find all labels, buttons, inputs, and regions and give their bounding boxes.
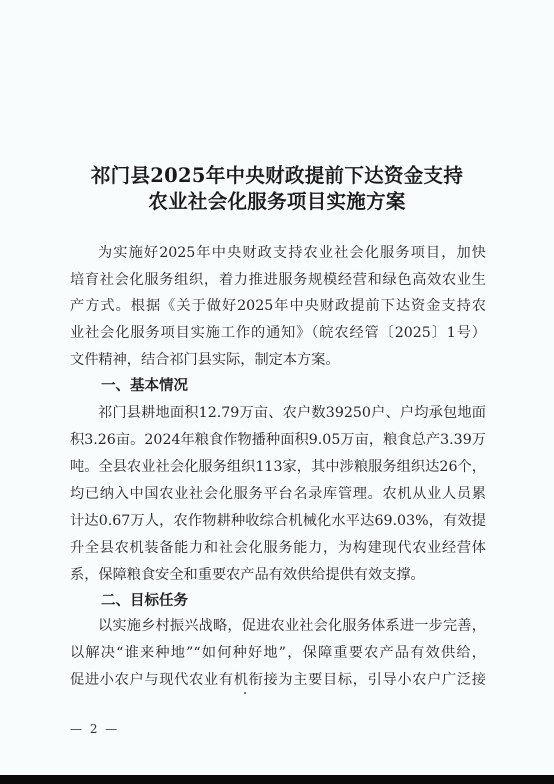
section-heading-basic-situation: 一、基本情况 [101,374,188,395]
basic-line-7: 系，保障粮食安全和重要农产品有效供给提供有效支撑。 [70,566,486,584]
goals-line-3: 促进小农户与现代农业有机衔接为主要目标，引导小农户广泛接 [70,671,486,689]
goals-line-1: 以实施乡村振兴战略，促进农业社会化服务体系进一步完善， [98,617,486,635]
document-title-line-1: 祁门县2025年中央财政提前下达资金支持 [40,160,514,188]
section-heading-goals-tasks: 二、目标任务 [101,589,188,610]
basic-line-2: 积3.26亩。2024年粮食作物播种面积9.05万亩，粮食总产3.39万 [70,431,486,449]
intro-line-2: 培育社会化服务组织，着力推进服务规模经营和绿色高效农业生 [70,271,486,289]
basic-line-4: 均已纳入中国农业社会化服务平台名录库管理。农机从业人员累 [70,485,486,503]
scan-bottom-border [0,775,554,784]
basic-line-3: 吨。全县农业社会化服务组织113家，其中涉粮服务组织达26个， [70,458,486,476]
basic-line-6: 升全县农机装备能力和社会化服务能力，为构建现代农业经营体 [70,539,486,557]
document-title-line-2: 农业社会化服务项目实施方案 [40,186,514,214]
page-number: — 2 — [70,722,119,736]
intro-line-4: 业社会化服务项目实施工作的通知》（皖农经管〔2025〕1号） [70,324,486,342]
basic-line-1: 祁门县耕地面积12.79万亩、农户数39250户、户均承包地面 [98,404,486,422]
intro-line-1: 为实施好2025年中央财政支持农业社会化服务项目，加快 [98,244,486,262]
basic-line-5: 计达0.67万人，农作物耕种收综合机械化水平达69.03%，有效提 [70,512,486,530]
intro-line-5: 文件精神，结合祁门县实际，制定本方案。 [70,351,486,369]
scan-speck [244,692,246,694]
intro-line-3: 产方式。根据《关于做好2025年中央财政提前下达资金支持农 [70,297,486,315]
document-page: 祁门县2025年中央财政提前下达资金支持 农业社会化服务项目实施方案 为实施好2… [0,0,554,775]
goals-line-2: 以解决“谁来种地”“如何种好地”，保障重要农产品有效供给， [70,644,486,662]
